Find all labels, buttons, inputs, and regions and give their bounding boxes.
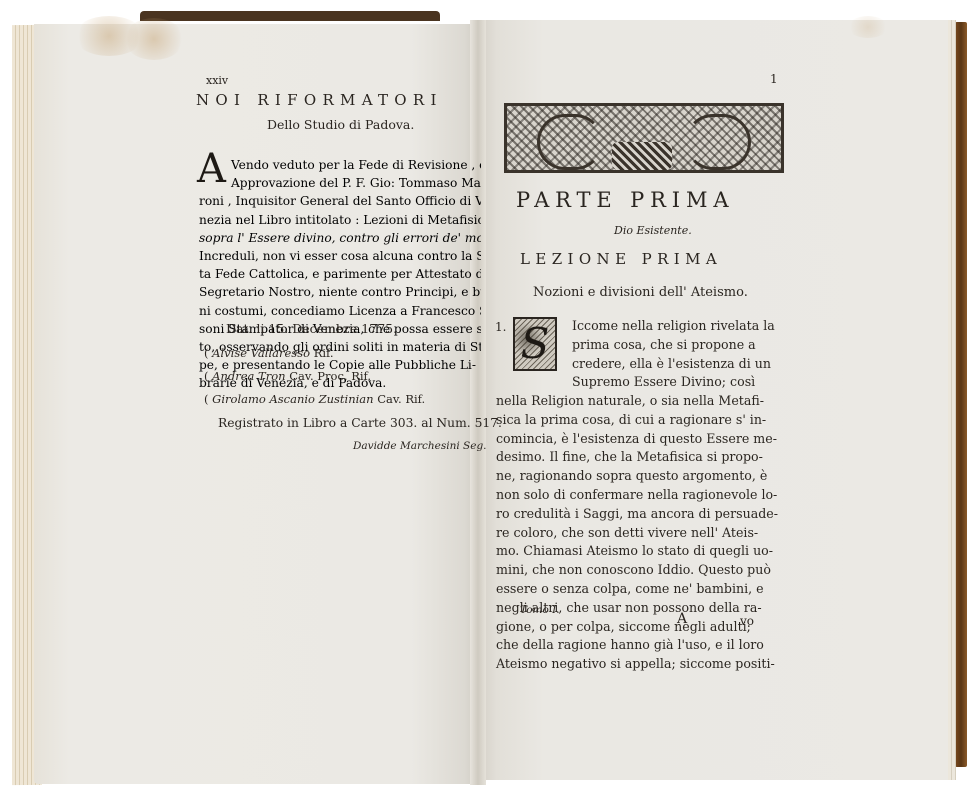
registration-line: Registrato in Libro a Carte 303. al Num.… [218,416,502,430]
text-line: ni costumi, concediamo Licenza a Frances… [199,304,481,322]
left-page-heading: NOI RIFORMATORI [196,91,443,109]
right-page-number: 1 [770,72,778,86]
left-page-number: xxiv [206,74,228,87]
water-stain [124,18,184,60]
text-line: desimo. Il fine, che la Metafisica si pr… [496,449,778,468]
text-line: Vendo veduto per la Fede di Revisione , … [209,158,481,176]
text-line: mini, che non conoscono Iddio. Questo pu… [496,562,778,581]
lesson-title: LEZIONE PRIMA [520,250,722,268]
text-line: non solo di confermare nella ragionevole… [496,487,778,506]
signatory-title: Cav. Proc. Rif. [289,369,371,383]
text-line: sopra l' Essere divino, contro gli error… [199,231,481,249]
signatory-name: Alvise Vallaresso [212,346,310,360]
text-line: gione, o per colpa, siccome negli adulti… [496,619,778,638]
paragraph-number: 1. [495,320,506,334]
text-line: prima cosa, che si propone a [572,337,775,356]
book-gutter [470,20,486,785]
text-line: essere o senza colpa, come ne' bambini, … [496,581,778,600]
volume-footer: Tomo I. [520,604,560,616]
text-line: ne, ragionando sopra questo argomento, è [496,468,778,487]
signature-line: ( Girolamo Ascanio Zustinian Cav. Rif. [204,392,425,406]
signatory-title: Rif. [314,346,334,360]
text-line: Ateismo negativo si appella; siccome pos… [496,656,778,675]
body-text: nella Religion naturale, o sia nella Met… [496,393,778,675]
initial-lines: Iccome nella religion rivelata la prima … [572,318,775,393]
ornamental-headpiece [504,103,784,173]
text-line: credere, ella è l'esistenza di un [572,356,775,375]
signature-line: ( Andrea Tron Cav. Proc. Rif. [204,369,371,383]
left-page-subheading: Dello Studio di Padova. [267,117,414,132]
text-line: re coloro, che son detti vivere nell' At… [496,525,778,544]
water-stain [848,16,888,38]
text-line: roni , Inquisitor General del Santo Offi… [199,194,481,212]
part-subtitle: Dio Esistente. [614,224,692,237]
decorated-initial-S: S [513,317,557,371]
text-line: comincia, è l'esistenza di questo Essere… [496,431,778,450]
secretary-signature: Davidde Marchesini Seg. [353,440,487,452]
signatory-name: Girolamo Ascanio Zustinian [212,392,373,406]
part-title: PARTE PRIMA [516,188,734,212]
signature-line: ( Alvise Vallaresso Rif. [204,346,334,360]
text-line: nezia nel Libro intitolato : Lezioni di … [199,213,481,231]
signatory-title: Cav. Rif. [377,392,425,406]
open-book: xxiv NOI RIFORMATORI Dello Studio di Pad… [0,0,979,800]
text-line: sica la prima cosa, di cui a ragionare s… [496,412,778,431]
text-line: mo. Chiamasi Ateismo lo stato di quegli … [496,543,778,562]
text-line: che della ragione hanno già l'uso, e il … [496,637,778,656]
book-cover-top-edge [140,11,440,21]
signature-mark: A [677,611,687,627]
book-cover-right-edge [955,22,967,767]
text-line: Supremo Essere Divino; così [572,374,775,393]
signatory-name: Andrea Tron [212,369,285,383]
text-line: Approvazione del P. F. Gio: Tommaso Masc… [209,176,481,194]
text-line: Iccome nella religion rivelata la [572,318,775,337]
license-date: Dat. li 15. Decembre 1775. [226,321,397,336]
catchword: vo [740,614,754,628]
text-line: ta Fede Cattolica, e parimente per Attes… [199,267,481,285]
text-line: Segretario Nostro, niente contro Princip… [199,285,481,303]
text-line: Increduli, non vi esser cosa alcuna cont… [199,249,481,267]
text-line: nella Religion naturale, o sia nella Met… [496,393,778,412]
lesson-subtitle: Nozioni e divisioni dell' Ateismo. [533,285,748,300]
text-line: ro credulità i Saggi, ma ancora di persu… [496,506,778,525]
